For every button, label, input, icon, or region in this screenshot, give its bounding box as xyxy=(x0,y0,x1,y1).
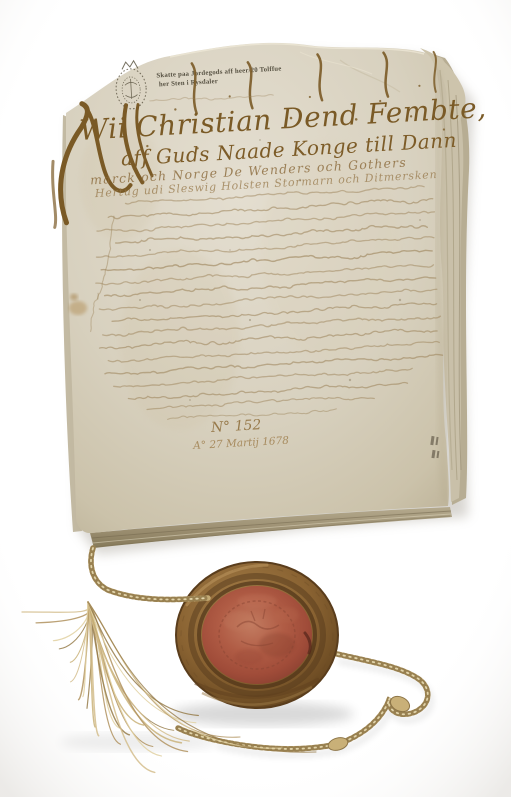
docket-number: N° 152 xyxy=(210,417,262,436)
charter-photo-canvas: Skatte paa Jordegods aff heer/20 Tolffue… xyxy=(0,0,511,797)
wax-seal xyxy=(176,562,338,708)
photograph-of-parchment-charter: Skatte paa Jordegods aff heer/20 Tolffue… xyxy=(0,0,511,797)
ink-stain xyxy=(69,301,87,315)
